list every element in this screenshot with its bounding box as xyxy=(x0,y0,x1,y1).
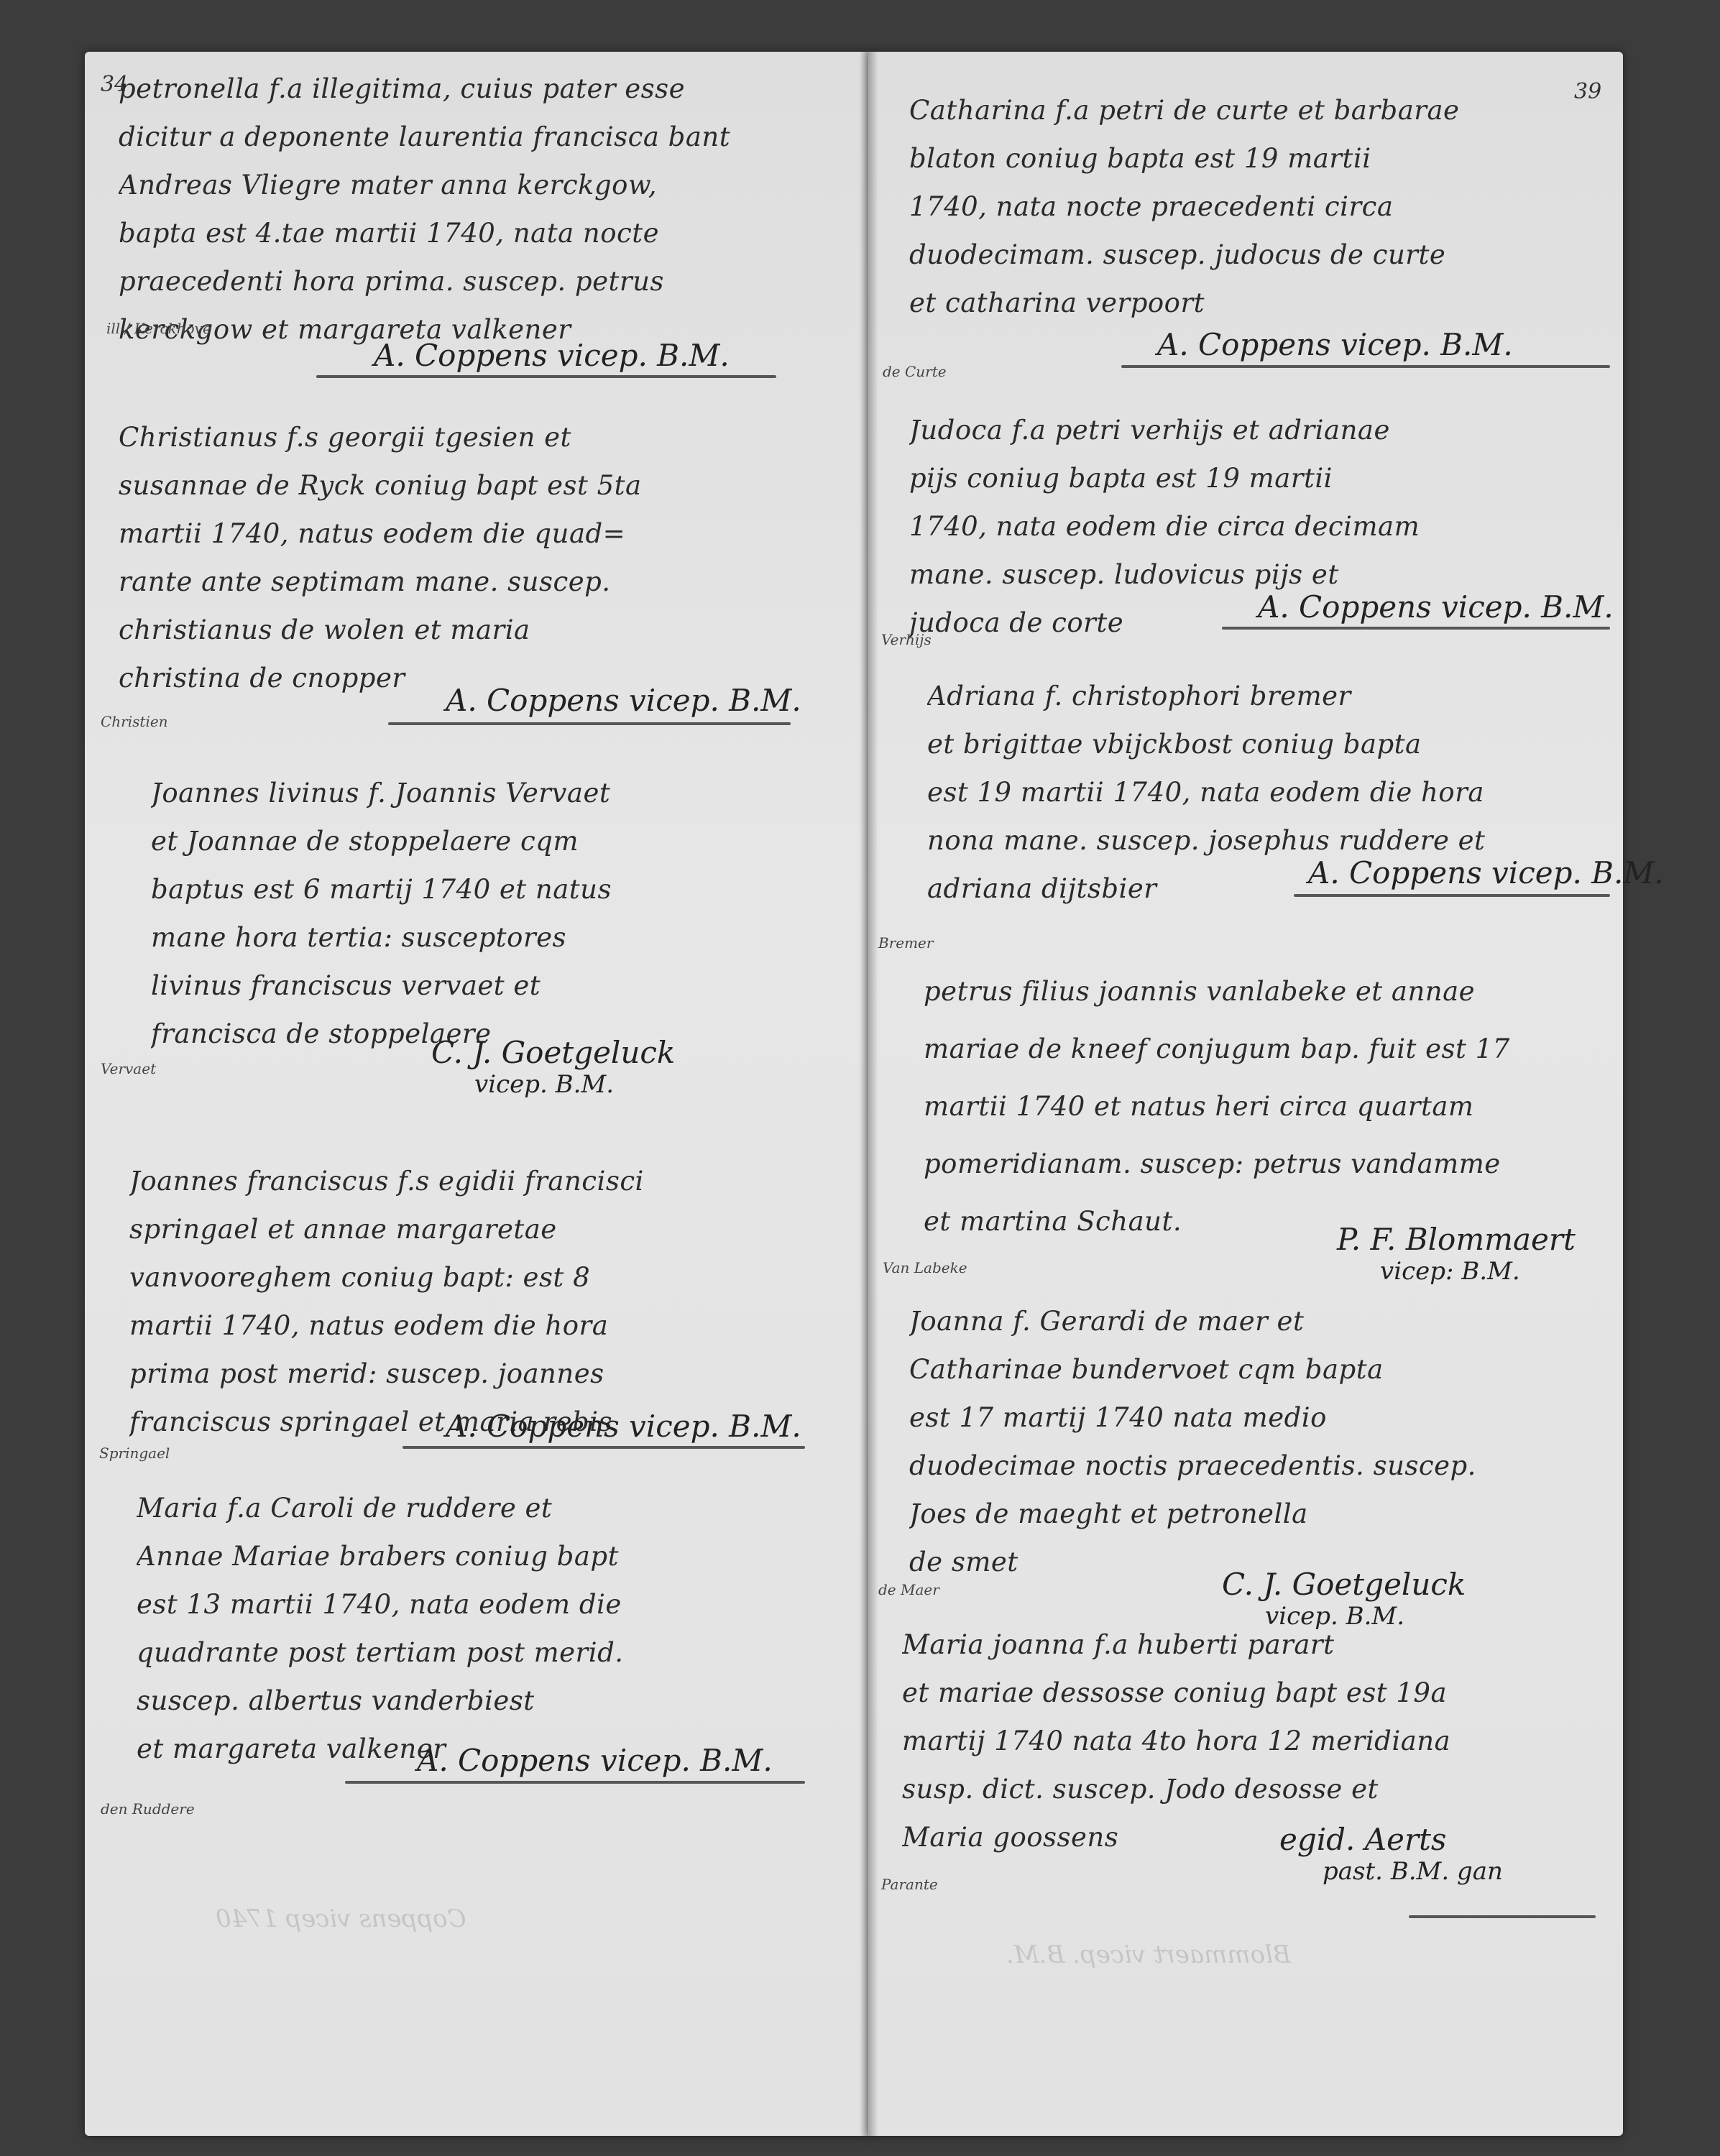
entry-line: martii 1740 et natus heri circa quartam xyxy=(924,1078,1606,1135)
margin-note: Vervaet xyxy=(101,1060,156,1077)
entry-divider xyxy=(1222,627,1610,630)
entry-line: martij 1740 nata 4to hora 12 meridiana xyxy=(902,1717,1606,1765)
margin-note: de Maer xyxy=(878,1581,939,1598)
entry-line: 1740, nata nocte praecedenti circa xyxy=(909,183,1599,231)
signature: C. J. Goetgeluck vicep. B.M. xyxy=(431,1035,675,1099)
entry-line: Maria joanna f.a huberti parart xyxy=(902,1621,1606,1669)
entry-line: et mariae dessosse coniug bapt est 19a xyxy=(902,1669,1606,1717)
entry-line: praecedenti hora prima. suscep. petrus xyxy=(119,257,837,305)
entry-line: blaton coniug bapta est 19 martii xyxy=(909,134,1599,183)
entry-divider xyxy=(388,722,791,725)
entry-line: Catharina f.a petri de curte et barbarae xyxy=(909,86,1599,134)
entry-line: petronella f.a illegitima, cuius pater e… xyxy=(119,65,837,113)
entry-line: et Joannae de stoppelaere cqm xyxy=(151,817,848,865)
entry-line: suscep. albertus vanderbiest xyxy=(137,1677,848,1725)
entry-line: Annae Mariae brabers coniug bapt xyxy=(137,1532,848,1580)
signature-name: C. J. Goetgeluck xyxy=(1222,1567,1466,1602)
entry-line: Andreas Vliegre mater anna kerckgow, xyxy=(119,161,837,209)
margin-note: de Curte xyxy=(883,363,947,380)
signature-title: vicep. B.M. xyxy=(474,1070,675,1099)
signature: A. Coppens vicep. B.M. xyxy=(1308,855,1664,890)
entry-line: vanvooreghem coniug bapt: est 8 xyxy=(129,1253,848,1302)
margin-note: Van Labeke xyxy=(883,1259,967,1276)
entry-line: duodecimae noctis praecedentis. suscep. xyxy=(909,1442,1606,1490)
register-entry: Joanna f. Gerardi de maer et Catharinae … xyxy=(909,1297,1606,1586)
entry-line: Maria f.a Caroli de ruddere et xyxy=(137,1484,848,1532)
entry-line: duodecimam. suscep. judocus de curte xyxy=(909,231,1599,279)
register-entry: Maria f.a Caroli de ruddere et Annae Mar… xyxy=(137,1484,848,1773)
entry-line: Joannes franciscus f.s egidii francisci xyxy=(129,1157,848,1205)
entry-line: dicitur a deponente laurentia francisca … xyxy=(119,113,837,161)
entry-line: et brigittae vbijckbost coniug bapta xyxy=(927,720,1603,768)
signature: A. Coppens vicep. B.M. xyxy=(1258,589,1614,625)
entry-line: et catharina verpoort xyxy=(909,279,1599,327)
entry-line: quadrante post tertiam post merid. xyxy=(137,1628,848,1677)
entry-line: martii 1740, natus eodem die hora xyxy=(129,1302,848,1350)
signature: egid. Aerts past. B.M. gan xyxy=(1279,1822,1503,1886)
entry-line: Judoca f.a petri verhijs et adrianae xyxy=(909,406,1599,454)
entry-line: est 13 martii 1740, nata eodem die xyxy=(137,1580,848,1628)
register-entry: Catharina f.a petri de curte et barbarae… xyxy=(909,86,1599,327)
entry-line: martii 1740, natus eodem die quad= xyxy=(119,510,837,558)
entry-line: pijs coniug bapta est 19 martii xyxy=(909,454,1599,502)
entry-line: springael et annae margaretae xyxy=(129,1205,848,1253)
margin-note: den Ruddere xyxy=(101,1800,195,1818)
register-entry: Christianus f.s georgii tgesien et susan… xyxy=(119,413,837,702)
bleed-through-text: Coppens vicep 1740 xyxy=(216,1904,466,1933)
signature: A. Coppens vicep. B.M. xyxy=(446,683,801,718)
entry-line: rante ante septimam mane. suscep. xyxy=(119,558,837,606)
entry-line: Christianus f.s georgii tgesien et xyxy=(119,413,837,461)
signature: P. F. Blommaert vicep: B.M. xyxy=(1337,1222,1576,1286)
margin-note: Parante xyxy=(881,1876,938,1893)
entry-line: livinus franciscus vervaet et xyxy=(151,962,848,1010)
margin-note: Christien xyxy=(101,713,168,730)
margin-note: Springael xyxy=(99,1445,170,1462)
entry-line: Joanna f. Gerardi de maer et xyxy=(909,1297,1606,1345)
signature: A. Coppens vicep. B.M. xyxy=(1157,327,1513,362)
signature-name: P. F. Blommaert xyxy=(1337,1222,1576,1257)
signature-title: past. B.M. gan xyxy=(1323,1857,1503,1886)
entry-line: Catharinae bundervoet cqm bapta xyxy=(909,1345,1606,1393)
signature-name: C. J. Goetgeluck xyxy=(431,1035,675,1070)
entry-divider xyxy=(1409,1915,1596,1918)
entry-line: est 17 martij 1740 nata medio xyxy=(909,1393,1606,1442)
bleed-through-text: Blommaert vicep. B.M. xyxy=(1006,1940,1291,1969)
entry-line: susannae de Ryck coniug bapt est 5ta xyxy=(119,461,837,510)
entry-line: christianus de wolen et maria xyxy=(119,606,837,654)
margin-note: Verhijs xyxy=(881,631,932,648)
entry-line: mariae de kneef conjugum bap. fuit est 1… xyxy=(924,1021,1606,1078)
signature-title: vicep: B.M. xyxy=(1380,1257,1576,1286)
entry-line: mane hora tertia: susceptores xyxy=(151,913,848,962)
entry-line: petrus filius joannis vanlabeke et annae xyxy=(924,963,1606,1021)
signature: A. Coppens vicep. B.M. xyxy=(374,338,730,373)
register-entry: Joannes franciscus f.s egidii francisci … xyxy=(129,1157,848,1446)
entry-line: bapta est 4.tae martii 1740, nata nocte xyxy=(119,209,837,257)
book-gutter xyxy=(860,52,878,2136)
entry-divider xyxy=(1294,894,1610,897)
entry-divider xyxy=(403,1446,805,1449)
margin-note: ill / Kerckhove xyxy=(106,320,211,337)
entry-line: Joannes livinus f. Joannis Vervaet xyxy=(151,769,848,817)
entry-line: est 19 martii 1740, nata eodem die hora xyxy=(927,768,1603,816)
entry-line: 1740, nata eodem die circa decimam xyxy=(909,502,1599,550)
signature: A. Coppens vicep. B.M. xyxy=(417,1743,773,1778)
register-entry: Joannes livinus f. Joannis Vervaet et Jo… xyxy=(151,769,848,1058)
entry-divider xyxy=(345,1781,805,1784)
entry-line: prima post merid: suscep. joannes xyxy=(129,1350,848,1398)
entry-line: susp. dict. suscep. Jodo desosse et xyxy=(902,1765,1606,1813)
entry-divider xyxy=(1121,365,1610,368)
entry-line: baptus est 6 martij 1740 et natus xyxy=(151,865,848,913)
margin-note: Bremer xyxy=(878,934,933,952)
entry-line: Adriana f. christophori bremer xyxy=(927,672,1603,720)
register-entry: petrus filius joannis vanlabeke et annae… xyxy=(924,963,1606,1250)
signature: A. Coppens vicep. B.M. xyxy=(446,1409,801,1444)
register-entry: petronella f.a illegitima, cuius pater e… xyxy=(119,65,837,354)
entry-line: pomeridianam. suscep: petrus vandamme xyxy=(924,1135,1606,1193)
signature-name: egid. Aerts xyxy=(1279,1822,1446,1857)
entry-line: Joes de maeght et petronella xyxy=(909,1490,1606,1538)
entry-divider xyxy=(316,375,776,378)
